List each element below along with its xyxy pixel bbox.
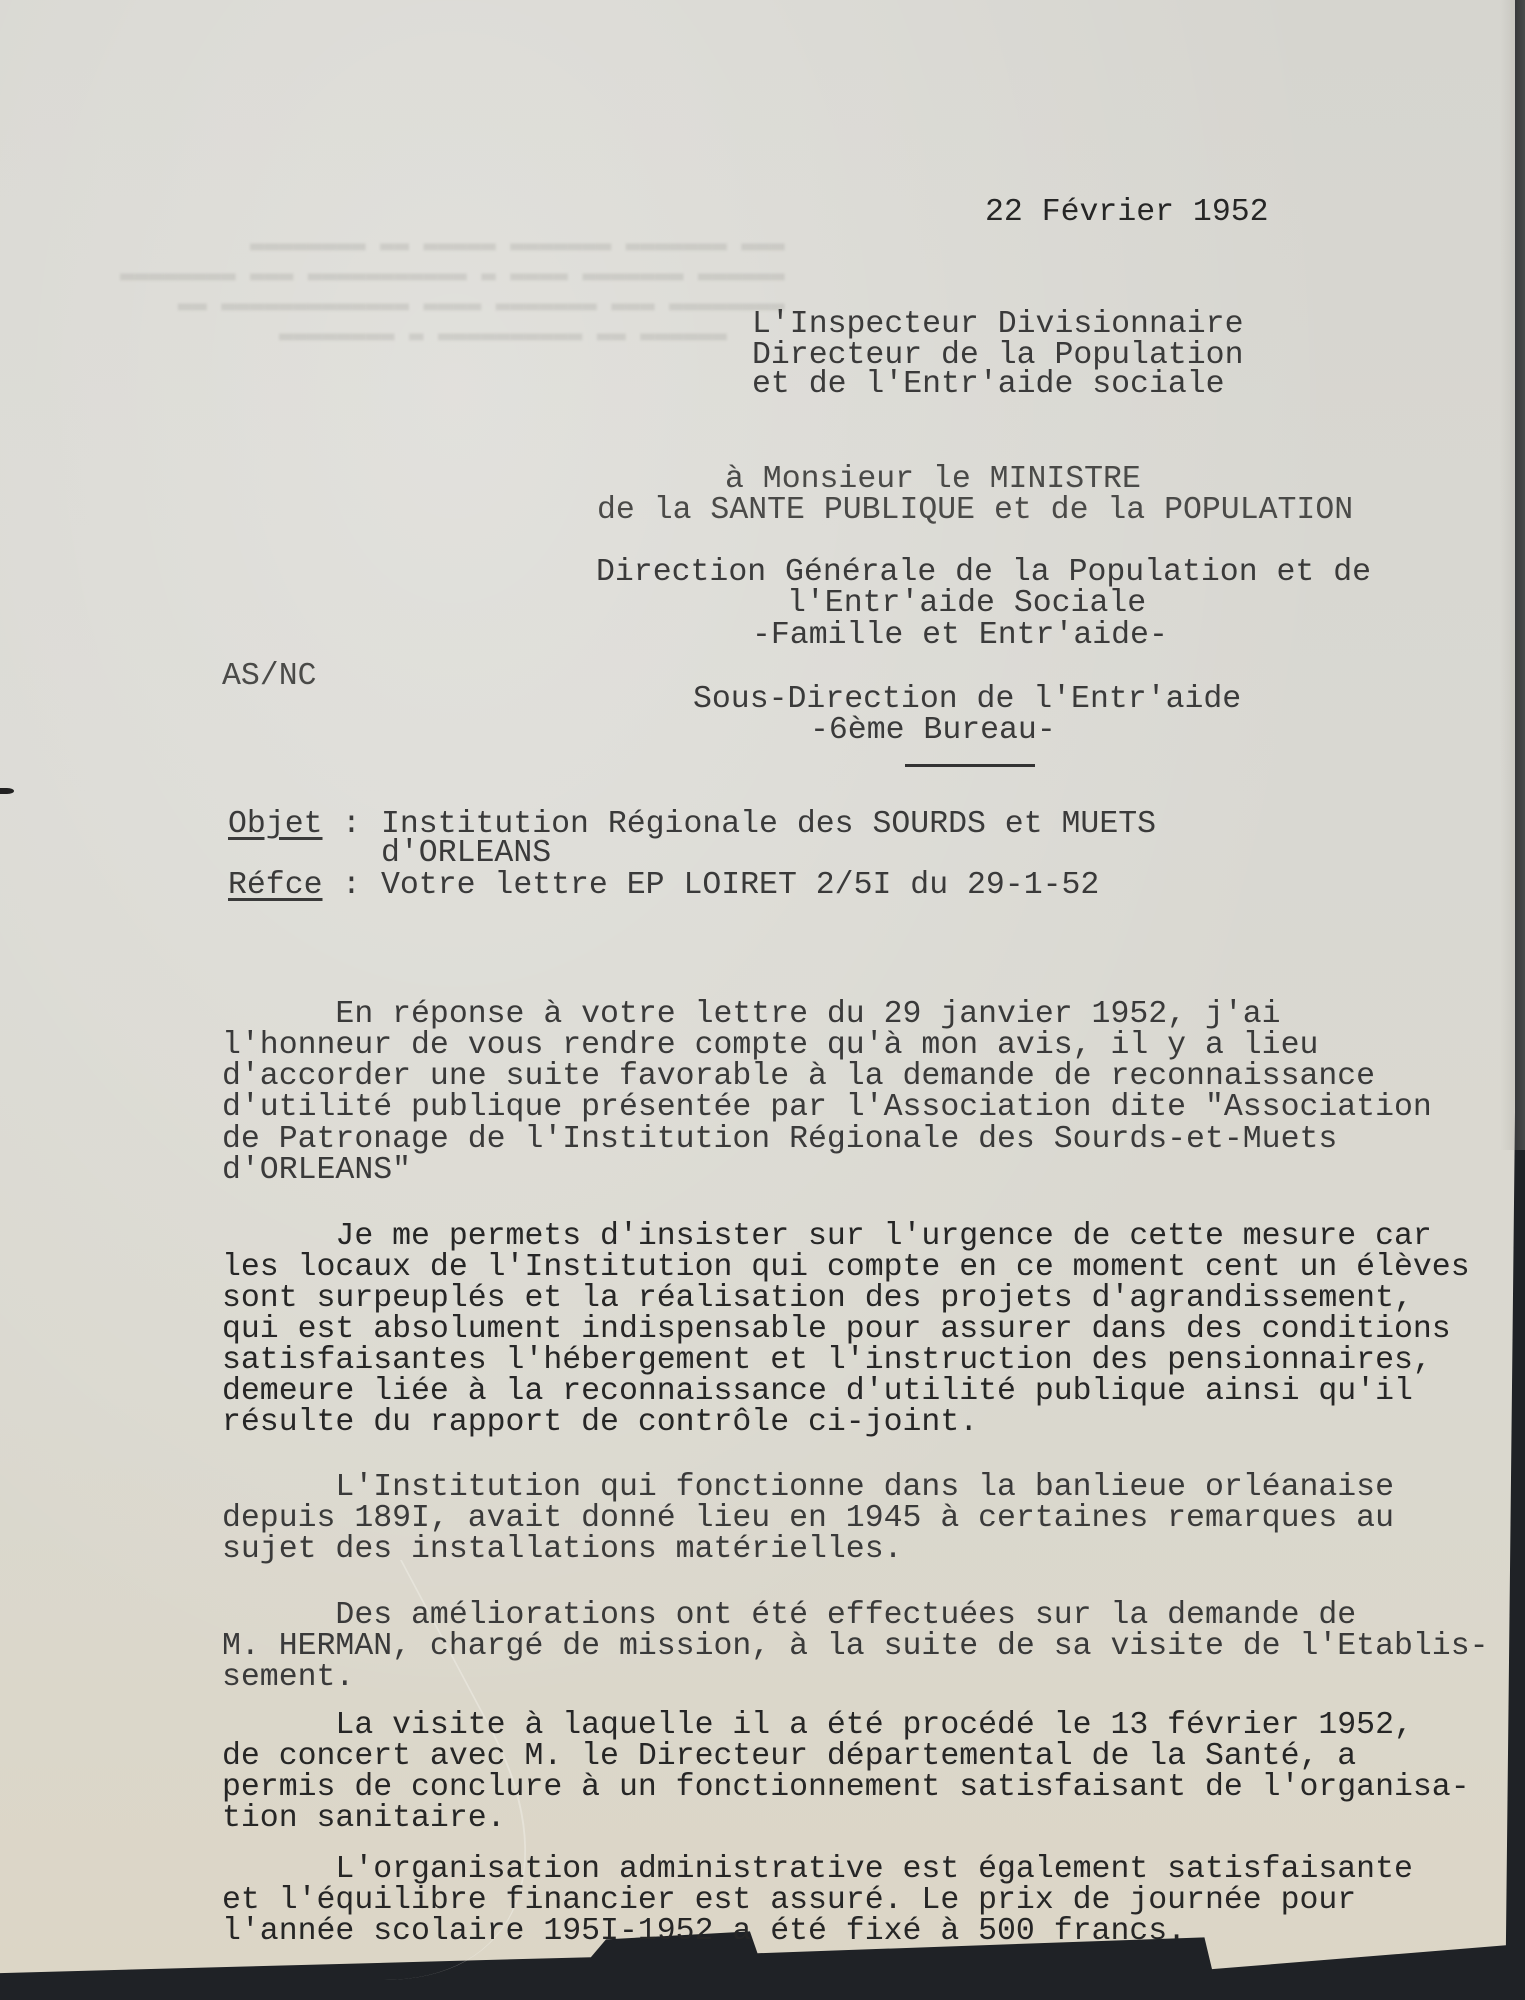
body-line: L'organisation administrative est égalem… [222,1854,1413,1885]
body-line: demeure liée à la reconnaissance d'utili… [222,1376,1413,1407]
objet-separator: : [342,809,361,840]
refce-label: Réfce [228,870,323,901]
direction-line-1: Direction Générale de la Population et d… [596,557,1371,588]
edge-mark [0,788,14,794]
body-line: sement. [222,1662,354,1693]
body-line: de concert avec M. le Directeur départem… [222,1741,1356,1772]
body-line: qui est absolument indispensable pour as… [222,1314,1451,1345]
reference-code: AS/NC [222,661,317,692]
body-line: les locaux de l'Institution qui compte e… [222,1252,1470,1283]
refce-text: Votre lettre EP LOIRET 2/5I du 29-1-52 [381,870,1099,901]
recipient-line-1: à Monsieur le MINISTRE [725,464,1141,495]
body-line: depuis 189I, avait donné lieu en 1945 à … [222,1503,1394,1534]
body-line: de Patronage de l'Institution Régionale … [222,1124,1337,1155]
body-line: En réponse à votre lettre du 29 janvier … [222,999,1281,1030]
recipient-line-2: de la SANTE PUBLIQUE et de la POPULATION [597,495,1353,526]
body-line: sujet des installations matérielles. [222,1534,903,1565]
body-line: l'honneur de vous rendre compte qu'à mon… [222,1030,1318,1061]
objet-line-2: d'ORLEANS [381,838,551,869]
direction-line-3: -Famille et Entr'aide- [752,620,1168,651]
sub-direction-line-2: -6ème Bureau- [810,715,1056,746]
objet-label: Objet [228,809,323,840]
header-divider [905,764,1035,767]
body-line: d'utilité publique présentée par l'Assoc… [222,1092,1432,1123]
body-line: La visite à laquelle il a été procédé le… [222,1710,1413,1741]
body-line: d'ORLEANS" [222,1155,411,1186]
page-edge-shadow [1500,0,1525,1150]
body-line: et l'équilibre financier est assuré. Le … [222,1885,1356,1916]
body-line: M. HERMAN, chargé de mission, à la suite… [222,1631,1489,1662]
refce-separator: : [342,870,361,901]
body-line: résulte du rapport de contrôle ci-joint. [222,1407,978,1438]
letter-date: 22 Février 1952 [985,197,1269,228]
body-line: d'accorder une suite favorable à la dema… [222,1061,1375,1092]
sub-direction-line-1: Sous-Direction de l'Entr'aide [693,684,1241,715]
body-line: permis de conclure à un fonctionnement s… [222,1772,1470,1803]
sender-line-3: et de l'Entr'aide sociale [752,369,1225,400]
body-line: tion sanitaire. [222,1803,506,1834]
body-line: Des améliorations ont été effectuées sur… [222,1600,1356,1631]
bleed-through-text: ▬▬▬ ▬▬▬▬▬▬▬ ▬▬▬▬▬▬▬ ▬▬▬▬▬ ▬▬ ▬▬▬▬▬▬▬▬ ▬▬… [120,230,785,350]
body-line: L'Institution qui fonctionne dans la ban… [222,1472,1394,1503]
direction-line-2: l'Entr'aide Sociale [787,588,1146,619]
body-line: Je me permets d'insister sur l'urgence d… [222,1221,1432,1252]
body-line: satisfaisantes l'hébergement et l'instru… [222,1345,1432,1376]
body-line: sont surpeuplés et la réalisation des pr… [222,1283,1413,1314]
body-line: l'année scolaire 195I-1952 a été fixé à … [222,1916,1186,1947]
sender-line-1: L'Inspecteur Divisionnaire [752,309,1243,340]
